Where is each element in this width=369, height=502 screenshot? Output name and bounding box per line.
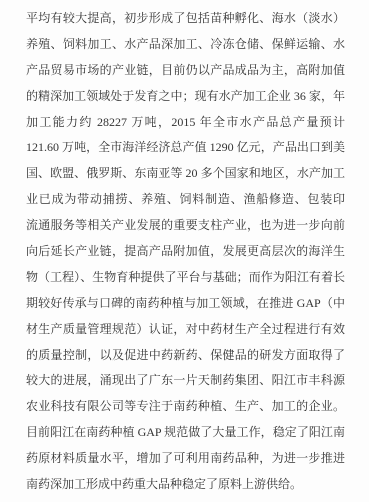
- text-line: 流通服务等相关产业发展的重要支柱产业，也为进一步向前: [26, 213, 345, 239]
- text-line: 目前阳江在南药种植 GAP 规范做了大量工作，稳定了阳江南: [26, 420, 345, 446]
- text-line: 材生产质量管理规范）认证，对中药材生产全过程进行有效: [26, 317, 345, 343]
- text-line: 较大的进展，涌现出了广东一片天制药集团、阳江市丰科源: [26, 368, 345, 394]
- text-line: 的质量控制，以及促进中药新药、保健品的研发方面取得了: [26, 343, 345, 369]
- text-line: 期较好传承与口碑的南药种植与加工领域，在推进 GAP（中药: [26, 291, 345, 317]
- text-line: 国、欧盟、俄罗斯、东南亚等 20 多个国家和地区，水产加工: [26, 161, 345, 187]
- text-line: 物（工程）、生物育种提供了平台与基础；而作为阳江有着长: [26, 265, 345, 291]
- text-line: 产品贸易市场的产业链，目前仍以产品成品为主，高附加值: [26, 58, 345, 84]
- text-line: 121.60 万吨，全市海洋经济总产值 1290 亿元，产品出口到美: [26, 135, 345, 161]
- text-line: 药原材料质量水平，增加了可利用南药品种，为进一步推进: [26, 446, 345, 472]
- text-line: 业已成为带动捕捞、养殖、饲料制造、渔船修造、包装印刷、: [26, 187, 345, 213]
- text-line: 平均有较大提高，初步形成了包括苗种孵化、海水（淡水）: [26, 6, 345, 32]
- text-line: 南药深加工形成中药重大品种稳定了原料上游供给。: [26, 472, 345, 498]
- text-line: 的精深加工领域处于发育之中；现有水产加工企业 36 家，年: [26, 84, 345, 110]
- text-line: 向后延长产业链，提高产品附加值，发展更高层次的海洋生: [26, 239, 345, 265]
- document-page: 平均有较大提高，初步形成了包括苗种孵化、海水（淡水） 养殖、饲料加工、水产品深加…: [0, 0, 369, 502]
- text-line: 养殖、饲料加工、水产品深加工、冷冻仓储、保鲜运输、水: [26, 32, 345, 58]
- text-line: 加工能力约 28227 万吨，2015 年全市水产品总产量预计: [26, 110, 345, 136]
- text-line: 农业科技有限公司等专注于南药种植、生产、加工的企业。: [26, 394, 345, 420]
